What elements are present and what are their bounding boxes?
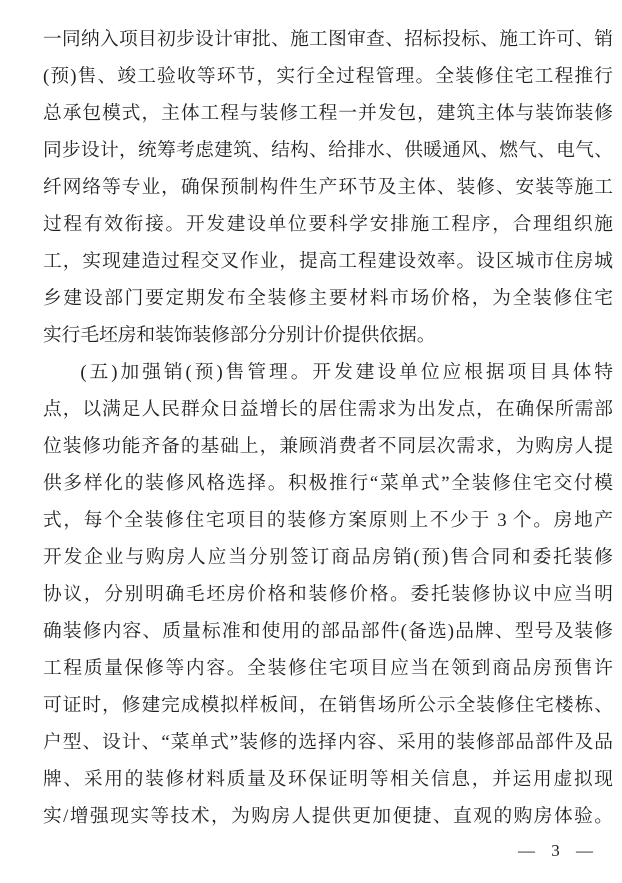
text-line-3: 总承包模式，主体工程与装修工程一并发包，建筑主体与装饰装修 bbox=[43, 95, 613, 132]
text-line-11: 点，以满足人民群众日益增长的居住需求为出发点，在确保所需部 bbox=[43, 391, 613, 428]
body-text: 一同纳入项目初步设计审批、施工图审查、招标投标、施工许可、销 (预)售、竣工验收… bbox=[43, 21, 613, 835]
page-number: — 3 — bbox=[518, 841, 595, 861]
text-line-2: (预)售、竣工验收等环节，实行全过程管理。全装修住宅工程推行 bbox=[43, 58, 613, 95]
text-line-20: 户型、设计、“菜单式”装修的选择内容、采用的装修部品部件及品 bbox=[43, 724, 613, 761]
text-line-5: 纤网络等专业，确保预制构件生产环节及主体、装修、安装等施工 bbox=[43, 169, 613, 206]
text-line-17: 确装修内容、质量标准和使用的部品部件(备选)品牌、型号及装修 bbox=[43, 613, 613, 650]
text-line-21: 牌、采用的装修材料质量及环保证明等相关信息，并运用虚拟现 bbox=[43, 761, 613, 798]
document-page: 一同纳入项目初步设计审批、施工图审查、招标投标、施工许可、销 (预)售、竣工验收… bbox=[0, 0, 622, 883]
text-line-7: 工，实现建造过程交叉作业，提高工程建设效率。设区城市住房城 bbox=[43, 243, 613, 280]
text-line-9-paragraph-end: 实行毛坯房和装饰装修部分分别计价提供依据。 bbox=[43, 317, 613, 354]
text-line-10-paragraph-start: (五)加强销(预)售管理。开发建设单位应根据项目具体特 bbox=[43, 354, 613, 391]
text-line-16: 协议，分别明确毛坯房价格和装修价格。委托装修协议中应当明 bbox=[43, 576, 613, 613]
text-line-18: 工程质量保修等内容。全装修住宅项目应当在领到商品房预售许 bbox=[43, 650, 613, 687]
text-line-4: 同步设计，统筹考虑建筑、结构、给排水、供暖通风、燃气、电气、光 bbox=[43, 132, 613, 169]
text-line-14: 式，每个全装修住宅项目的装修方案原则上不少于 3 个。房地产 bbox=[43, 502, 613, 539]
text-line-6: 过程有效衔接。开发建设单位要科学安排施工程序，合理组织施 bbox=[43, 206, 613, 243]
text-line-8: 乡建设部门要定期发布全装修主要材料市场价格，为全装修住宅 bbox=[43, 280, 613, 317]
text-line-22: 实/增强现实等技术，为购房人提供更加便捷、直观的购房体验。 bbox=[43, 798, 613, 835]
text-line-13: 供多样化的装修风格选择。积极推行“菜单式”全装修住宅交付模 bbox=[43, 465, 613, 502]
text-line-12: 位装修功能齐备的基础上，兼顾消费者不同层次需求，为购房人提 bbox=[43, 428, 613, 465]
text-line-15: 开发企业与购房人应当分别签订商品房销(预)售合同和委托装修 bbox=[43, 539, 613, 576]
text-line-19: 可证时，修建完成模拟样板间，在销售场所公示全装修住宅楼栋、 bbox=[43, 687, 613, 724]
text-line-1: 一同纳入项目初步设计审批、施工图审查、招标投标、施工许可、销 bbox=[43, 21, 613, 58]
